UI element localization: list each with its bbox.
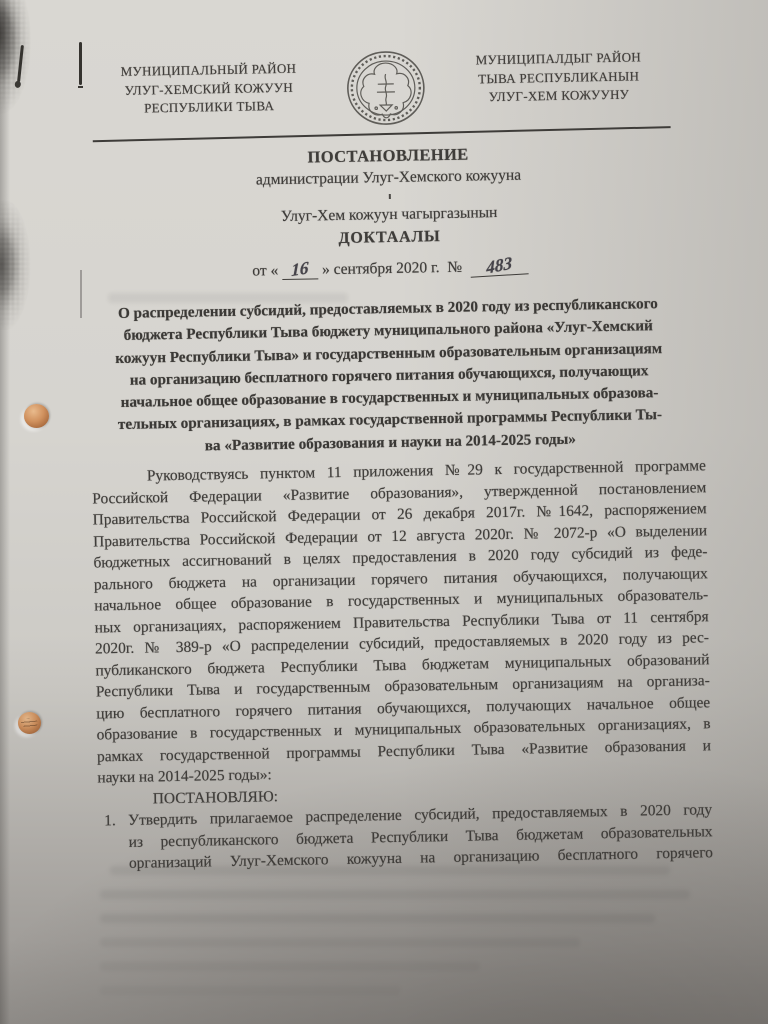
coat-of-arms-seal-icon	[342, 47, 429, 131]
handwritten-day: 16	[282, 261, 318, 280]
org-name-russian: МУНИЦИПАЛЬНЫЙ РАЙОН УЛУГ-ХЕМСКИЙ КОЖУУН …	[94, 59, 323, 119]
list-item-marker: 1.	[104, 810, 116, 832]
copper-brad-fastener	[24, 404, 49, 428]
subject-title: О распределении субсидий, предоставляемы…	[80, 292, 699, 459]
printed-content: МУНИЦИПАЛЬНЫЙ РАЙОН УЛУГ-ХЕМСКИЙ КОЖУУН …	[0, 0, 768, 1024]
date-and-number-line: от « 16 » сентября 2020 г. № 483	[12, 253, 768, 285]
org-name-tuvan: МУНИЦИПАЛДЫГ РАЙОН ТЫВА РЕСПУБЛИКАНЫН УЛ…	[448, 48, 669, 108]
ordered-list-item-1: 1. Утвердить прилагаемое распределение с…	[98, 799, 713, 875]
handwritten-doc-number: 483	[469, 256, 528, 278]
body-text: Руководствуясь пунктом 11 приложения №29…	[92, 455, 713, 875]
date-middle: » сентября 2020 г. №	[318, 259, 466, 279]
stray-print-mark	[389, 194, 391, 199]
date-prefix: от «	[252, 262, 282, 280]
letterhead: МУНИЦИПАЛЬНЫЙ РАЙОН УЛУГ-ХЕМСКИЙ КОЖУУН …	[94, 45, 669, 136]
copper-brad-fastener	[18, 712, 41, 734]
document-photo: МУНИЦИПАЛЬНЫЙ РАЙОН УЛУГ-ХЕМСКИЙ КОЖУУН …	[0, 0, 768, 1024]
